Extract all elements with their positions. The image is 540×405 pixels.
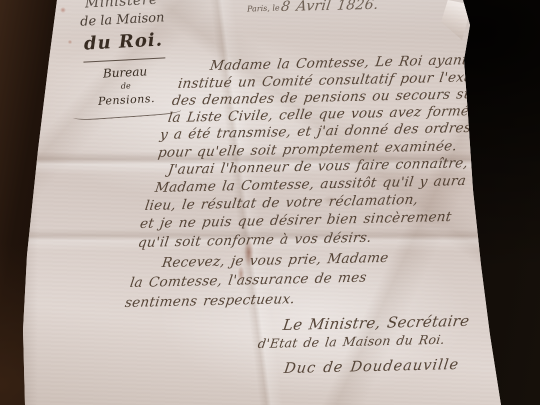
letterhead-du-roi: du Roi. xyxy=(58,28,189,56)
dateline-handwritten-date: 8 Avril 1826. xyxy=(280,0,380,15)
body-line-14: sentimens respectueux. xyxy=(124,291,296,311)
body-line-12: Recevez, je vous prie, Madame xyxy=(161,250,390,271)
signature-title-line-1: Le Ministre, Secrétaire xyxy=(282,312,471,334)
photo-of-letter: Ministère de la Maison du Roi. Bureau de… xyxy=(0,0,540,405)
body-line-13: la Comtesse, l'assurance de mes xyxy=(129,270,368,291)
body-line-11: qu'il soit conforme à vos désirs. xyxy=(137,230,373,251)
dateline-printed-prefix: Paris, le xyxy=(247,3,280,13)
signature-signatory: Duc de Doudeauville xyxy=(283,357,460,377)
letterhead-rule xyxy=(83,57,165,62)
paper-folded-corner-icon xyxy=(441,0,472,40)
signature-title-line-2: d'Etat de la Maison du Roi. xyxy=(257,332,446,351)
letterhead-flourish xyxy=(73,107,181,122)
letterhead-de-la-maison: de la Maison xyxy=(57,9,188,31)
letter-paper: Ministère de la Maison du Roi. Bureau de… xyxy=(0,0,540,405)
